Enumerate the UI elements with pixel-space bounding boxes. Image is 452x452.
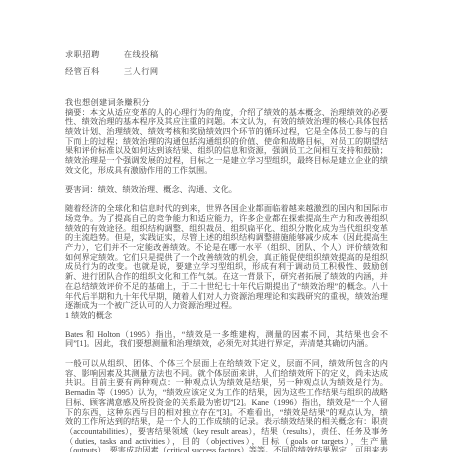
section-1-heading: 1 绩效的概念 <box>65 311 388 321</box>
paragraph-performance-definition: Bates 和 Holton（1995）指出，“绩效是一多维建构，测量的因素不同… <box>65 330 388 349</box>
paragraph-performance-viewpoints: 一般可以从组织、团体、个体三个层面上在给绩效下定义，层面不同，绩效所包含的内容、… <box>65 359 388 452</box>
nav-link-mba-wiki[interactable]: 经管百科 <box>65 67 100 77</box>
page: 求职招聘 在线投稿 经管百科 三人行网 我也想创建词条赚积分 摘要：本文从适应变… <box>0 0 452 452</box>
nav-row-2: 经管百科 三人行网 <box>65 67 388 77</box>
nav-link-job-recruit[interactable]: 求职招聘 <box>65 50 100 60</box>
article-body: 我也想创建词条赚积分 摘要：本文从适应变革的人的心理行为的角度，介绍了绩效的基本… <box>65 98 388 452</box>
nav-link-online-submit[interactable]: 在线投稿 <box>124 50 159 60</box>
keywords-line: 要害词：绩效、绩效治理、概念、沟通、文化。 <box>65 185 388 195</box>
top-nav: 求职招聘 在线投稿 经管百科 三人行网 <box>65 50 388 77</box>
content-column: 求职招聘 在线投稿 经管百科 三人行网 我也想创建词条赚积分 摘要：本文从适应变… <box>65 50 388 452</box>
intro-paragraph: 随着经济的全球化和信息时代的到来，世界各国企业都面临着越来越激烈的国内和国际市场… <box>65 204 388 311</box>
nav-row-1: 求职招聘 在线投稿 <box>65 50 388 60</box>
create-entry-link[interactable]: 我也想创建词条赚积分 <box>65 98 388 108</box>
abstract-paragraph: 摘要：本文从适应变革的人的心理行为的角度，介绍了绩效的基本概念、治理绩效的必要性… <box>65 108 388 176</box>
nav-link-sanrenxing[interactable]: 三人行网 <box>124 67 159 77</box>
